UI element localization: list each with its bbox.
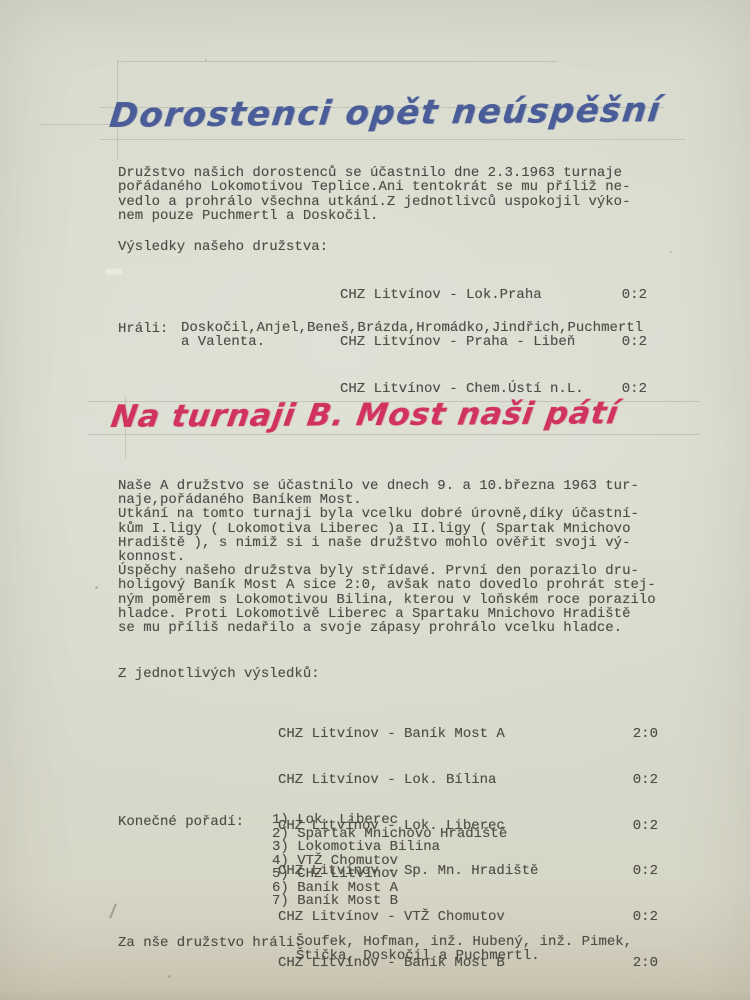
pencil-guideline — [40, 124, 118, 125]
match-teams: CHZ Litvínov - Lok.Praha — [340, 287, 542, 302]
match-score: 2:0 — [633, 726, 658, 740]
match-score: 0:2 — [633, 909, 658, 923]
results-label-a-team: Z jednotlivých výsledků: — [118, 666, 320, 682]
correction-fluid-mark — [106, 269, 122, 274]
match-score: 0:2 — [633, 818, 658, 832]
result-row: CHZ Litvínov - Baník Most A 2:0 — [278, 726, 658, 740]
pencil-guideline — [100, 139, 685, 140]
result-row: CHZ Litvínov - Lok. Bílina 0:2 — [278, 772, 658, 786]
scanned-document-page: Dorostenci opět neúspěšní Družstvo našic… — [0, 0, 750, 1000]
paragraph-youth: Družstvo našich dorostenců se účastnilo … — [118, 166, 630, 223]
match-score: 0:2 — [633, 772, 658, 786]
players-label-a-team: Za nše družstvo hráli: — [118, 935, 303, 951]
paper-speck — [168, 975, 171, 978]
match-score: 0:2 — [622, 381, 647, 396]
players-names-a-team: Šoufek, Hofman, inž. Hubený, inž. Pimek,… — [296, 935, 632, 964]
match-score: 2:0 — [633, 955, 658, 969]
match-teams: CHZ Litvínov - Baník Most A — [278, 726, 505, 740]
players-label-youth: Hráli: — [118, 321, 168, 337]
handwritten-heading-youth: Dorostenci opět neúspěšní — [108, 90, 664, 136]
results-label-youth: Výsledky našeho družstva: — [118, 239, 328, 255]
paragraph-a-team: Naše A družstvo se účastnilo ve dnech 9.… — [118, 479, 656, 635]
match-teams: CHZ Litvínov - VTŽ Chomutov — [278, 909, 505, 923]
pencil-guideline — [117, 61, 557, 62]
paper-speck — [670, 251, 672, 253]
match-teams: CHZ Litvínov - Chem.Ústí n.L. — [340, 381, 584, 396]
result-row: CHZ Litvínov - VTŽ Chomutov 0:2 — [278, 909, 658, 923]
standings-list: 1) Lok. Liberec 2) Spartak Mnichovo Hrad… — [272, 814, 507, 909]
match-teams: CHZ Litvínov - Lok. Bílina — [278, 772, 496, 786]
match-score: 0:2 — [622, 287, 647, 302]
result-row: CHZ Litvínov - Lok.Praha 0:2 — [340, 287, 647, 302]
paper-speck — [95, 586, 98, 589]
pencil-slash-mark — [109, 903, 117, 919]
handwritten-heading-a-team: Na turnaji B. Most naši pátí — [109, 395, 622, 435]
match-score: 0:2 — [633, 863, 658, 877]
result-row: CHZ Litvínov - Chem.Ústí n.L. 0:2 — [340, 381, 647, 396]
players-names-youth: Doskočil,Anjel,Beneš,Brázda,Hromádko,Jin… — [181, 321, 643, 350]
standings-label: Konečné pořadí: — [118, 814, 244, 830]
paper-speck — [205, 59, 207, 61]
